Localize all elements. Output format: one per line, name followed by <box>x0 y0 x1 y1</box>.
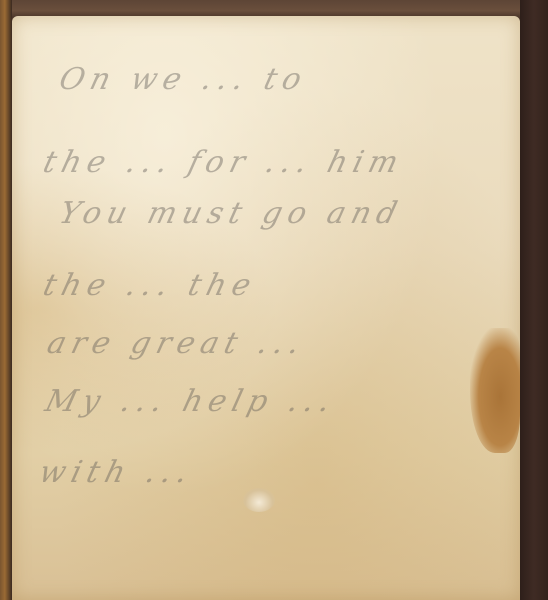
handwritten-line-6: My ... help ... <box>42 384 340 419</box>
water-stain <box>470 328 520 453</box>
aged-paper-page <box>12 16 520 600</box>
frame-right-edge <box>520 0 548 600</box>
handwritten-line-1: On we ... to <box>56 62 311 97</box>
handwritten-line-7: with ... <box>36 455 198 490</box>
handwritten-line-4: the ... the <box>40 268 261 303</box>
paper-damage-hole <box>243 488 275 512</box>
handwritten-line-5: are great ... <box>44 326 310 361</box>
handwritten-line-2: the ... for ... him <box>40 145 408 180</box>
handwritten-line-3: You must go and <box>56 196 407 231</box>
frame-left-edge <box>0 0 12 600</box>
